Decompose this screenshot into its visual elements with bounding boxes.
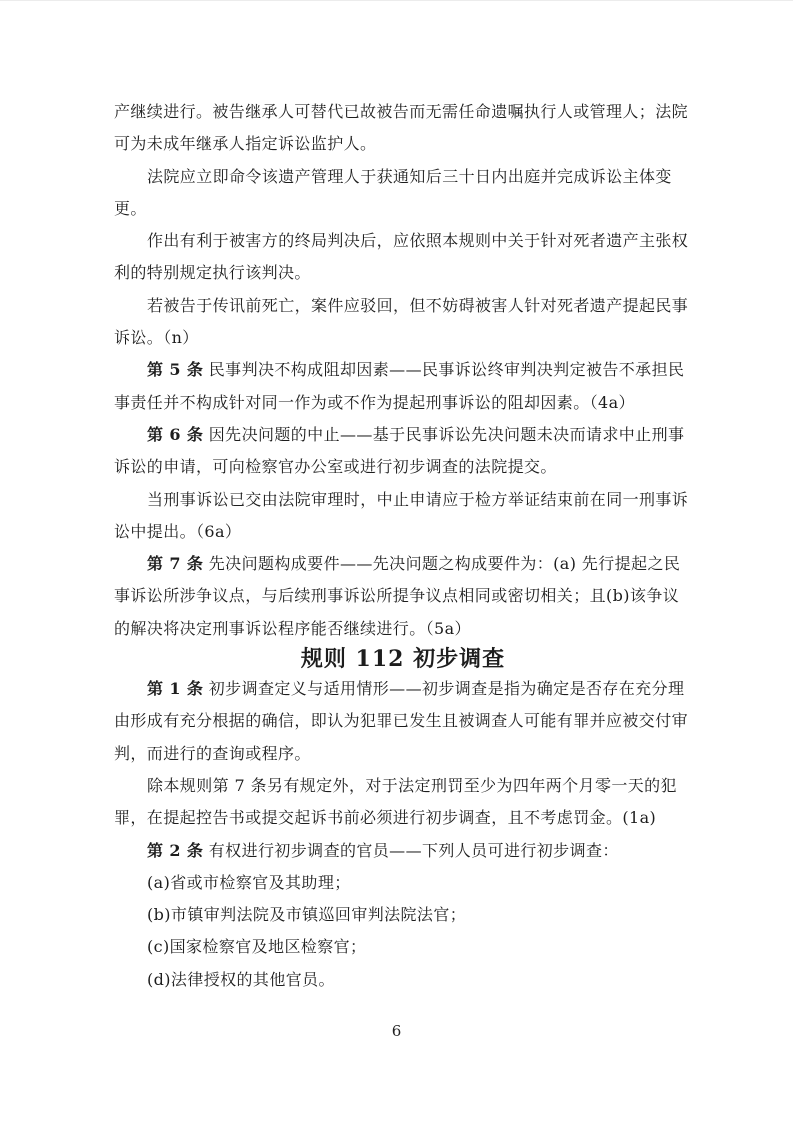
page-number: 6 xyxy=(0,1022,793,1040)
document-page: 产继续进行。被告继承人可替代已故被告而无需任命遗嘱执行人或管理人；法院可为未成年… xyxy=(0,0,793,1123)
text-line: 作出有利于被害方的终局判决后，应依照本规则中关于针对死者遗产主张权 xyxy=(114,225,692,257)
text-line: 若被告于传讯前死亡，案件应驳回，但不妨碍被害人针对死者遗产提起民事 xyxy=(114,290,692,322)
text-line: (b)市镇审判法院及市镇巡回审判法院法官； xyxy=(114,899,692,931)
text-line: 可为未成年继承人指定诉讼监护人。 xyxy=(114,128,692,160)
text-line: 事诉讼所涉争议点，与后续刑事诉讼所提争议点相同或密切相关；且(b)该争议 xyxy=(114,580,692,612)
text-line: 讼中提出。（6a） xyxy=(114,516,692,548)
text-line: 除本规则第 7 条另有规定外，对于法定刑罚至少为四年两个月零一天的犯 xyxy=(114,770,692,802)
text-line: 事责任并不构成针对同一作为或不作为提起刑事诉讼的阻却因素。（4a） xyxy=(114,387,692,419)
section-heading: 规则 112 初步调查 xyxy=(114,645,692,673)
text-line: 第 1 条 初步调查定义与适用情形——初步调查是指为确定是否存在充分理 xyxy=(114,673,692,705)
text-line: 诉讼的申请，可向检察官办公室或进行初步调查的法院提交。 xyxy=(114,451,692,483)
article-number: 第 2 条 xyxy=(147,841,203,860)
text-line: 更。 xyxy=(114,193,692,225)
text-line: 由形成有充分根据的确信，即认为犯罪已发生且被调查人可能有罪并应被交付审 xyxy=(114,705,692,737)
article-number: 第 1 条 xyxy=(147,679,203,698)
text-line: 当刑事诉讼已交由法院审理时，中止申请应于检方举证结束前在同一刑事诉 xyxy=(114,484,692,516)
text-line: (a)省或市检察官及其助理； xyxy=(114,867,692,899)
text-line: 第 6 条 因先决问题的中止——基于民事诉讼先决问题未决而请求中止刑事 xyxy=(114,419,692,451)
text-line: 第 5 条 民事判决不构成阻却因素——民事诉讼终审判决判定被告不承担民 xyxy=(114,354,692,386)
document-lines: 产继续进行。被告继承人可替代已故被告而无需任命遗嘱执行人或管理人；法院可为未成年… xyxy=(114,96,692,996)
text-line: 第 2 条 有权进行初步调查的官员——下列人员可进行初步调查： xyxy=(114,835,692,867)
text-line: 第 7 条 先决问题构成要件——先决问题之构成要件为：(a) 先行提起之民 xyxy=(114,548,692,580)
text-line: (c)国家检察官及地区检察官； xyxy=(114,931,692,963)
article-number: 第 6 条 xyxy=(147,425,203,444)
text-line: 产继续进行。被告继承人可替代已故被告而无需任命遗嘱执行人或管理人；法院 xyxy=(114,96,692,128)
text-line: (d)法律授权的其他官员。 xyxy=(114,964,692,996)
text-line: 判，而进行的查询或程序。 xyxy=(114,738,692,770)
article-number: 第 7 条 xyxy=(147,554,203,573)
text-line: 诉讼。（n） xyxy=(114,322,692,354)
text-line: 罪，在提起控告书或提交起诉书前必须进行初步调查，且不考虑罚金。(1a) xyxy=(114,802,692,834)
text-line: 法院应立即命令该遗产管理人于获通知后三十日内出庭并完成诉讼主体变 xyxy=(114,161,692,193)
text-line: 的解决将决定刑事诉讼程序能否继续进行。（5a） xyxy=(114,613,692,645)
text-line: 利的特别规定执行该判决。 xyxy=(114,257,692,289)
article-number: 第 5 条 xyxy=(147,360,203,379)
